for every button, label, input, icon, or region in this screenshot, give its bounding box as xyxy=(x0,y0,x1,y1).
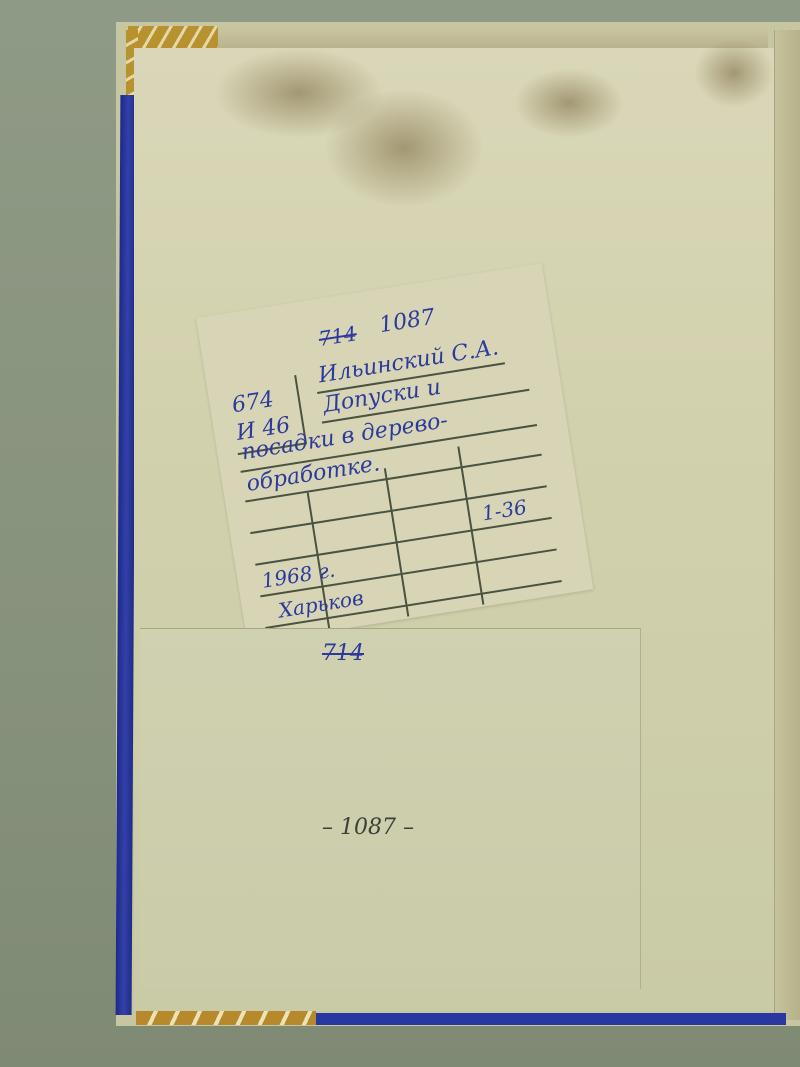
card-old-number: 714 xyxy=(317,321,358,351)
card-call-number-1: 674 xyxy=(230,387,275,418)
pocket-old-number: 714 xyxy=(322,641,364,666)
glue-stain xyxy=(324,88,484,208)
cover-top-edge xyxy=(128,26,768,50)
page-edge xyxy=(774,30,800,1020)
glue-stain xyxy=(514,68,624,138)
glue-stain xyxy=(694,38,774,108)
card-year: 1968 г. xyxy=(260,558,337,593)
cover-gold-stripe-top xyxy=(128,26,218,48)
library-catalog-card: 714 1087 674 И 46 Ильинский С.А. Допуски… xyxy=(196,263,593,644)
card-inventory-number: 1087 xyxy=(378,305,437,338)
card-column-line xyxy=(457,446,484,604)
pocket-inventory-number: – 1087 – xyxy=(322,815,414,840)
cover-gold-stripe-bottom xyxy=(136,1011,316,1025)
library-card-pocket[interactable]: 714 – 1087 – xyxy=(140,628,641,989)
cover-blue-edge-bottom xyxy=(316,1013,786,1025)
